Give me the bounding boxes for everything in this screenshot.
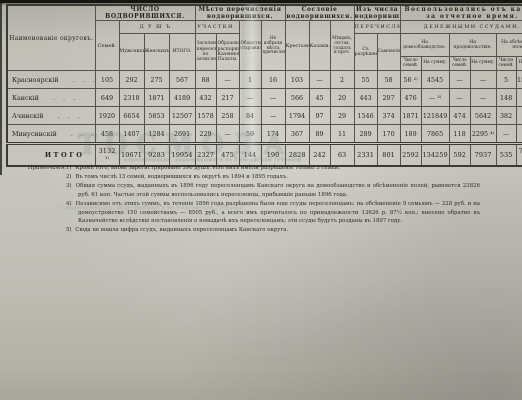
col-header-loan-household: На домообзаводство. (400, 34, 449, 57)
value-cell: 649 (95, 89, 119, 107)
col-header-oldtimer-societies: Общества старожиловъ. (239, 21, 261, 71)
value-cell: 157—88 (516, 71, 522, 89)
value-cell: 134259 (421, 144, 449, 167)
col-header-souls-total: ИТОГО. (169, 34, 195, 71)
value-cell: 292 (119, 71, 144, 89)
footnote-item: 2) Въ томъ числѣ 13 семей, водворившихся… (66, 173, 480, 182)
value-cell: 12507 (169, 107, 195, 125)
value-cell: 476 (400, 89, 421, 107)
value-cell: 88 (195, 71, 216, 89)
value-cell: 566 (285, 89, 309, 107)
group-header-estate: Сословіе водворившихся. (285, 5, 354, 21)
value-cell: — (516, 89, 522, 107)
value-cell: 9283 (144, 144, 169, 167)
value-cell: 474 (449, 107, 470, 125)
value-cell: 4545 (421, 71, 449, 89)
value-cell: 3132 ¹⁾ (95, 144, 119, 167)
group-header-place: Мѣсто перечисленія водворившихся. (195, 5, 285, 21)
total-label: ИТОГО (7, 144, 95, 167)
value-cell: 242 (309, 144, 330, 167)
footnotes-list: 1) Кромѣ того, вновь зарегистрировано 39… (66, 164, 480, 235)
col-header-sowing-families: Число семей. (496, 57, 516, 71)
value-cell: 58 (377, 71, 400, 89)
value-cell: 4189 (169, 89, 195, 107)
value-cell: 59 (239, 125, 261, 144)
footnotes-block: Примѣчанія: 1) Кромѣ того, вновь зарегис… (28, 164, 480, 235)
header-row-groups: Наименованіе округовъ. ЧИСЛО ВОДВОРИВШИХ… (7, 5, 522, 21)
footnote-item: 1) Кромѣ того, вновь зарегистрировано 39… (66, 164, 480, 173)
value-cell: — (216, 125, 239, 144)
table-row: Минусинскій . . .458140712842691229—5917… (7, 125, 522, 144)
value-cell: 105 (95, 71, 119, 89)
settlers-statistics-table: Наименованіе округовъ. ЧИСЛО ВОДВОРИВШИХ… (6, 4, 522, 167)
value-cell: 118 (449, 125, 470, 144)
value-cell: 6654 (119, 107, 144, 125)
table-row: Красноярскій . . .10529227556788—116103—… (7, 71, 522, 89)
district-name: Минусинскій . . . (7, 125, 95, 144)
value-cell: 1871 (144, 89, 169, 107)
table-row: Ачинскій . . .19206654585312507157825884… (7, 107, 522, 125)
value-cell: 2828 (285, 144, 309, 167)
value-cell: 275 (144, 71, 169, 89)
col-header-townsfolk-others: Мѣщанъ, отстав. солдатъ и проч. (330, 21, 354, 71)
value-cell: — (216, 71, 239, 89)
value-cell: 19954 (169, 144, 195, 167)
value-cell: 174 (261, 125, 285, 144)
col-header-loan-food: На продовольствіе. (449, 34, 496, 57)
value-cell: 148 (496, 89, 516, 107)
value-cell: 443 (354, 89, 377, 107)
col-header-families: Семей. (95, 21, 119, 71)
col-header-food-sum: На сумму. (470, 57, 496, 71)
col-header-district-name: Наименованіе округовъ. (7, 5, 95, 71)
scanned-page: Наименованіе округовъ. ЧИСЛО ВОДВОРИВШИХ… (0, 0, 522, 400)
value-cell: — (449, 71, 470, 89)
value-cell: 1578 (195, 107, 216, 125)
value-cell: 2592 (400, 144, 421, 167)
table-container: Наименованіе округовъ. ЧИСЛО ВОДВОРИВШИХ… (6, 4, 517, 167)
col-header-household-families: Число семей. (400, 57, 421, 71)
footnote-item: 3) Общая сумма ссудъ, выданныхъ въ 1896 … (66, 182, 480, 200)
value-cell: — (239, 89, 261, 107)
col-header-food-families: Число семей. (449, 57, 470, 71)
value-cell: — (470, 89, 496, 107)
value-cell: 7937 (470, 144, 496, 167)
value-cell: 45 (309, 89, 330, 107)
value-cell: — (261, 107, 285, 125)
value-cell: — ³⁾ (421, 89, 449, 107)
value-cell: — (496, 125, 516, 144)
value-cell: 16 (261, 71, 285, 89)
district-name: Красноярскій . . . (7, 71, 95, 89)
col-header-with-permission: Съ разрѣшенія. (354, 34, 377, 71)
value-cell: 289 (354, 125, 377, 144)
value-cell: 20 (330, 89, 354, 107)
value-cell: — (449, 89, 470, 107)
value-cell: — (516, 125, 522, 144)
value-cell: 97 (309, 107, 330, 125)
value-cell: 1871 (400, 107, 421, 125)
value-cell: 89 (309, 125, 330, 144)
value-cell: 7756—88 ⁵⁾ (516, 144, 522, 167)
value-cell: 567 (169, 71, 195, 89)
value-cell: 5853 (144, 107, 169, 125)
value-cell: 207 (377, 89, 400, 107)
value-cell: — (470, 71, 496, 89)
value-cell: 189 (400, 125, 421, 144)
value-cell: 475 (216, 144, 239, 167)
value-cell: 458 (95, 125, 119, 144)
footnote-item: 4) Независимо отъ этихъ суммъ, въ течені… (66, 200, 480, 227)
value-cell: 535 (496, 144, 516, 167)
value-cell: 29 (330, 107, 354, 125)
value-cell: 5 (496, 71, 516, 89)
col-header-household-sum: На сумму. (421, 57, 449, 71)
value-cell: 7865 (421, 125, 449, 144)
value-cell: 170 (377, 125, 400, 144)
value-cell: 84 (239, 107, 261, 125)
group-header-transferred: Изъ числа водворившихся. (354, 5, 400, 21)
group-header-settled-count: ЧИСЛО ВОДВОРИВШИХСЯ. (95, 5, 195, 21)
value-cell: 367 (285, 125, 309, 144)
value-cell: 229 (195, 125, 216, 144)
value-cell: 1546 (354, 107, 377, 125)
value-cell: 432 (195, 89, 216, 107)
col-header-female: Женскихъ. (144, 34, 169, 71)
col-header-place-not-chosen: Не избрали мѣста причисленія. (261, 21, 285, 71)
value-cell: 55 (354, 71, 377, 89)
value-cell: 2331 (354, 144, 377, 167)
col-header-unauthorized: Самовольно. (377, 34, 400, 71)
table-row: Канскій . . .649231818714189432217——5664… (7, 89, 522, 107)
value-cell: 217 (216, 89, 239, 107)
col-header-cossacks: Казаки. (309, 21, 330, 71)
value-cell: 592 (449, 144, 470, 167)
value-cell: 2295 ⁴⁾ (470, 125, 496, 144)
footnote-item: 5) Сюда не вошла цифра ссудъ, выданныхъ … (66, 226, 480, 235)
photo-left-edge (0, 0, 2, 175)
subgroup-header-plots: УЧАСТКИ. (195, 21, 239, 34)
col-header-sowing-sum: На сумму. (516, 57, 522, 71)
value-cell: 382 (496, 107, 516, 125)
value-cell: 5642 (470, 107, 496, 125)
subgroup-header-souls: Д У Ш Ъ. (119, 21, 195, 34)
value-cell: — (261, 89, 285, 107)
value-cell: 1284 (144, 125, 169, 144)
col-header-male: Мужскихъ. (119, 34, 144, 71)
value-cell: 2318 (119, 89, 144, 107)
value-cell: 190 (261, 144, 285, 167)
value-cell: 2691 (169, 125, 195, 144)
col-header-plots-formed: Образованные распоряженіемъ Казенной Пал… (216, 34, 239, 71)
value-cell: 1407 (119, 125, 144, 144)
value-cell: 7599 (516, 107, 522, 125)
value-cell: — (309, 71, 330, 89)
col-header-loan-sowing: На обсѣмененіе полей. (496, 34, 522, 57)
total-row: ИТОГО3132 ¹⁾1067192831995423274751441902… (7, 144, 522, 167)
col-header-plots-assigned: Заселенные переселенцами по зачисленію. (195, 34, 216, 71)
value-cell: 11 (330, 125, 354, 144)
value-cell: 103 (285, 71, 309, 89)
value-cell: 56 ²⁾ (400, 71, 421, 89)
value-cell: 801 (377, 144, 400, 167)
photo-top-edge (0, 0, 522, 3)
district-name: Канскій . . . (7, 89, 95, 107)
subgroup-header-transferred: ПЕРЕЧИСЛИЛОСЬ. (354, 21, 400, 34)
footnotes-label: Примѣчанія: (28, 164, 66, 173)
col-header-peasants: Крестьянъ. (285, 21, 309, 71)
value-cell: 10671 (119, 144, 144, 167)
value-cell: 2327 (195, 144, 216, 167)
value-cell: 121849 (421, 107, 449, 125)
value-cell: 374 (377, 107, 400, 125)
group-header-loans: Воспользовались отъ казны за отчетное вр… (400, 5, 522, 21)
subgroup-header-money-loans: ДЕНЕЖНЫМИ ССУДАМИ. (400, 21, 522, 34)
value-cell: 258 (216, 107, 239, 125)
value-cell: 1794 (285, 107, 309, 125)
value-cell: 1 (239, 71, 261, 89)
value-cell: 63 (330, 144, 354, 167)
value-cell: 2 (330, 71, 354, 89)
value-cell: 144 (239, 144, 261, 167)
value-cell: 1920 (95, 107, 119, 125)
district-name: Ачинскій . . . (7, 107, 95, 125)
